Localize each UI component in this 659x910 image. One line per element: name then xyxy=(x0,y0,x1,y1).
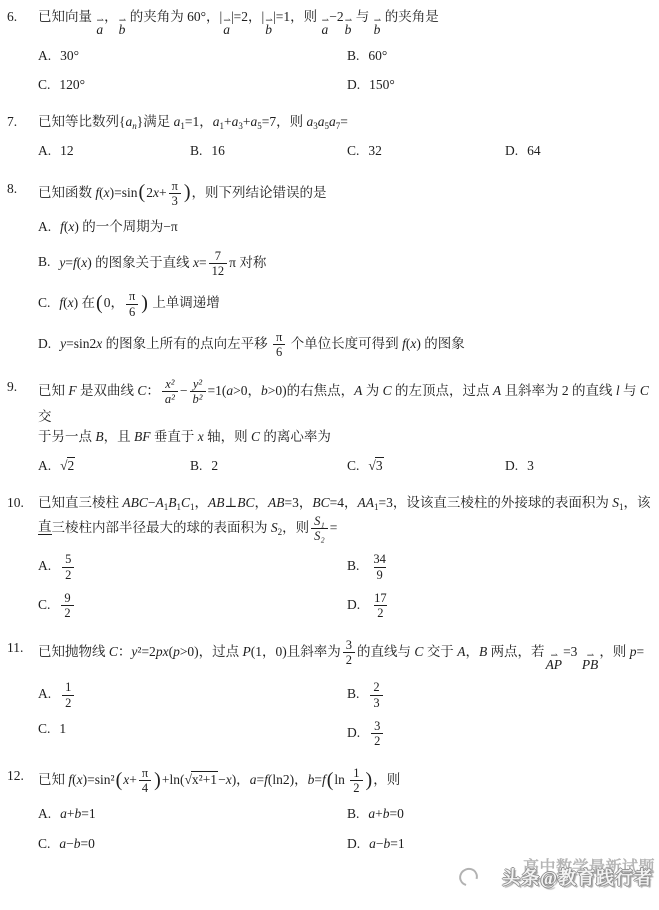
question-stem: 12.已知 f(x)=sin²(x+π4)+ln(√x²+1−x)，a=f(ln… xyxy=(0,766,659,796)
option-c: C.f(x) 在(0，π6) 上单调递增 xyxy=(38,289,659,319)
text-run: )=sin xyxy=(110,184,138,199)
text-run: = xyxy=(330,519,338,534)
option-b: B.y=f(x) 的图象关于直线 x=712π 对称 xyxy=(38,249,659,279)
math-var: B xyxy=(168,495,176,510)
text-run: 的左顶点，过点 xyxy=(392,383,493,398)
math-var: BF xyxy=(134,429,151,444)
text-run: =3，设该直三棱柱的外接球的表面积为 xyxy=(379,495,613,510)
question-stem: 11.已知抛物线 C：y²=2px(p>0)，过点 P(1，0)且斜率为32的直… xyxy=(0,638,659,671)
fraction: y²b² xyxy=(190,377,206,407)
text-run: 64 xyxy=(527,143,541,158)
question-stem: 6.已知向量 ⇀a，⇀b 的夹角为 60°，|⇀a|=2，|⇀b|=1，则 ⇀a… xyxy=(0,7,659,37)
math-var: B xyxy=(95,429,103,444)
vector-arrow: ⇀b xyxy=(265,17,272,37)
text-run: − xyxy=(180,383,188,398)
option-c: C.a−b=0 xyxy=(38,834,347,854)
text-run: π 对称 xyxy=(229,254,266,269)
text-run: = xyxy=(65,254,73,269)
text-run: + xyxy=(67,806,75,821)
text-run: }满足 xyxy=(137,114,174,129)
fraction: π6 xyxy=(126,289,138,319)
text-run: 与 xyxy=(620,383,640,398)
option-label: D. xyxy=(347,836,360,851)
option-b: B.23 xyxy=(347,680,659,710)
numerator: S₁ xyxy=(311,514,328,528)
text-run: >0)，过点 xyxy=(180,644,243,659)
option-label: A. xyxy=(38,219,51,234)
math-var: C xyxy=(251,429,260,444)
text-run: 垂直于 xyxy=(151,429,198,444)
text-run: 60° xyxy=(368,48,387,63)
question-number: 11. xyxy=(7,638,23,658)
vector-letter: PB xyxy=(582,658,599,672)
text-run: ²=2 xyxy=(137,644,155,659)
fraction: 12 xyxy=(350,766,362,796)
text-run: =1， xyxy=(185,114,213,129)
watermark-swirl-icon xyxy=(456,864,481,889)
numerator: y² xyxy=(190,377,205,391)
question-7: 7.已知等比数列{an}满足 a1=1，a1+a3+a5=7，则 a3a5a7=… xyxy=(0,112,659,162)
option-a: A.12 xyxy=(38,141,190,161)
question-9: 9.已知 F 是双曲线 C：x²a²−y²b²=1(a>0，b>0)的右焦点，A… xyxy=(0,377,659,477)
option-label: B. xyxy=(38,254,50,269)
text-run: 的夹角是 xyxy=(381,9,438,24)
option-label: A. xyxy=(38,48,51,63)
text-run: 已知 xyxy=(38,383,68,398)
option-label: D. xyxy=(347,725,360,740)
option-b: B.16 xyxy=(190,141,347,161)
denominator: 2 xyxy=(343,652,355,667)
question-10: 10.已知直三棱柱 ABC−A1B1C1，AB⊥BC，AB=3，BC=4，AA1… xyxy=(0,493,659,621)
math-var: b xyxy=(74,836,81,851)
option-label: B. xyxy=(347,806,359,821)
text-run: 3 xyxy=(527,458,534,473)
fraction: 712 xyxy=(209,249,228,279)
text-run: + xyxy=(375,806,383,821)
big-paren: ) xyxy=(154,769,161,791)
numerator: 2 xyxy=(370,680,382,694)
denominator: 2 xyxy=(62,567,74,582)
text-run: ，则 xyxy=(282,519,309,534)
option-a: A.52 xyxy=(38,552,347,582)
text-run: >0， xyxy=(233,383,261,398)
sqrt-radical: √3 xyxy=(368,457,383,473)
vector-letter: b xyxy=(374,23,381,37)
numerator: 9 xyxy=(61,591,73,605)
vector-letter: b xyxy=(345,23,352,37)
math-var: A xyxy=(156,495,164,510)
vector-letter: AP xyxy=(546,658,563,672)
radicand: 3 xyxy=(375,457,384,473)
text-run: ) 的一个周期为−π xyxy=(74,219,177,234)
question-12: 12.已知 f(x)=sin²(x+π4)+ln(√x²+1−x)，a=f(ln… xyxy=(0,766,659,854)
option-label: A. xyxy=(38,143,51,158)
radical-sign: √ xyxy=(368,458,374,473)
question-number: 9. xyxy=(7,377,17,397)
text-run: ，则下列结论错误的是 xyxy=(192,184,327,199)
text-run: = xyxy=(340,114,348,129)
fraction: 92 xyxy=(61,591,73,621)
denominator: 4 xyxy=(139,780,151,795)
option-d: D.150° xyxy=(347,75,659,95)
text-run: 已知等比数列{ xyxy=(38,114,125,129)
math-var: px xyxy=(156,644,169,659)
numerator: π xyxy=(139,766,151,780)
text-run: ： xyxy=(118,644,132,659)
text-run: 120° xyxy=(59,77,85,92)
vector-letter: b xyxy=(119,23,126,37)
text-run: ，则 xyxy=(599,644,629,659)
question-stem: 7.已知等比数列{an}满足 a1=1，a1+a3+a5=7，则 a3a5a7= xyxy=(0,112,659,132)
math-var: S xyxy=(612,495,619,510)
text-run: 已知 xyxy=(38,772,68,787)
text-run: 2 xyxy=(146,184,153,199)
fraction: 172 xyxy=(371,591,390,621)
text-run: =1 xyxy=(390,836,404,851)
option-c: C.√3 xyxy=(347,456,505,476)
denominator: 6 xyxy=(273,344,285,359)
text-run: 的直线与 xyxy=(357,644,414,659)
math-var: S xyxy=(271,519,278,534)
vector-arrow: ⇀b xyxy=(119,17,126,37)
text-run: 0， xyxy=(104,295,124,310)
text-run: +ln( xyxy=(162,772,185,787)
underlined-text: 直 xyxy=(38,519,52,535)
text-run: 32 xyxy=(368,143,382,158)
numerator: π xyxy=(169,179,181,193)
sqrt-radical: √x²+1 xyxy=(184,771,218,787)
text-run: =4， xyxy=(330,495,358,510)
question-8: 8.已知函数 f(x)=sin(2x+π3)，则下列结论错误的是A.f(x) 的… xyxy=(0,179,659,360)
question-number: 10. xyxy=(7,493,24,513)
text-run: ， xyxy=(465,644,479,659)
text-run: − xyxy=(218,772,226,787)
text-run: =3， xyxy=(284,495,312,510)
radical-sign: √ xyxy=(60,458,66,473)
option-label: B. xyxy=(347,558,359,573)
text-run: ： xyxy=(146,383,160,398)
option-label: D. xyxy=(347,77,360,92)
option-b: B.a+b=0 xyxy=(347,804,659,824)
math-var: b xyxy=(261,383,268,398)
option-label: D. xyxy=(505,143,518,158)
denominator: 9 xyxy=(374,567,386,582)
option-a: A.a+b=1 xyxy=(38,804,347,824)
denominator: 3 xyxy=(169,193,181,208)
math-var: P xyxy=(243,644,251,659)
numerator: 7 xyxy=(212,249,224,263)
options: A.a+b=1B.a+b=0C.a−b=0D.a−b=1 xyxy=(0,804,659,854)
denominator: b² xyxy=(190,391,206,406)
math-var: C xyxy=(109,644,118,659)
numerator: 5 xyxy=(62,552,74,566)
text-run: 且斜率为 2 的直线 xyxy=(501,383,616,398)
text-run: −2 xyxy=(329,9,343,24)
numerator: π xyxy=(126,289,138,303)
text-run: |=2，| xyxy=(231,9,264,24)
big-paren: ( xyxy=(96,292,103,314)
text-run: 已知向量 xyxy=(38,9,95,24)
radical-sign: √ xyxy=(184,772,190,787)
denominator: 6 xyxy=(126,304,138,319)
option-label: C. xyxy=(347,458,359,473)
text-run: 是双曲线 xyxy=(77,383,138,398)
text-run: 轴，则 xyxy=(204,429,251,444)
option-label: B. xyxy=(190,143,202,158)
option-b: B.349 xyxy=(347,552,659,582)
math-var: C xyxy=(640,383,649,398)
fraction: 12 xyxy=(62,680,74,710)
denominator: 2 xyxy=(61,605,73,620)
vector-arrow: ⇀b xyxy=(374,17,381,37)
vector-arrow: ⇀a xyxy=(96,17,103,37)
options: A.30°B.60°C.120°D.150° xyxy=(0,46,659,96)
sqrt-radical: √2 xyxy=(60,457,75,473)
vector-arrow: ⇀AP xyxy=(546,652,563,672)
text-run: ， xyxy=(254,495,268,510)
text-run: + xyxy=(224,114,232,129)
text-run: ，该 xyxy=(624,495,651,510)
math-var: p xyxy=(173,644,180,659)
text-run: 30° xyxy=(60,48,79,63)
math-var: B xyxy=(479,644,487,659)
text-run: + xyxy=(129,772,137,787)
option-label: C. xyxy=(38,597,50,612)
math-var: BC xyxy=(237,495,254,510)
option-c: C.1 xyxy=(38,719,347,749)
vector-arrow: ⇀a xyxy=(223,17,230,37)
text-run: 交 xyxy=(38,409,52,424)
fraction: 23 xyxy=(370,680,382,710)
option-b: B.60° xyxy=(347,46,659,66)
numerator: π xyxy=(273,330,285,344)
option-d: D.y=sin2x 的图象上所有的点向左平移 π6 个单位长度可得到 f(x) … xyxy=(38,330,659,360)
exam-page: 6.已知向量 ⇀a，⇀b 的夹角为 60°，|⇀a|=2，|⇀b|=1，则 ⇀a… xyxy=(0,0,659,910)
watermark: 高中数学最新试题 头条@教育践行者 xyxy=(463,856,655,904)
option-b: B.2 xyxy=(190,456,347,476)
text-run: =1( xyxy=(208,383,227,398)
numerator: 1 xyxy=(62,680,74,694)
text-run: ， xyxy=(104,9,118,24)
denominator: 2 xyxy=(350,780,362,795)
options: A.52B.349C.92D.172 xyxy=(0,552,659,621)
text-run: >0)的右焦点， xyxy=(268,383,354,398)
question-number: 7. xyxy=(7,112,17,132)
text-run: ， xyxy=(195,495,209,510)
radicand: 2 xyxy=(67,457,76,473)
option-label: A. xyxy=(38,458,51,473)
text-run: 已知函数 xyxy=(38,184,95,199)
option-d: D.64 xyxy=(505,141,659,161)
text-run: (1，0)且斜率为 xyxy=(251,644,341,659)
options: A.√2B.2C.√3D.3 xyxy=(0,456,659,476)
text-run: ，且 xyxy=(104,429,134,444)
text-run: =1 xyxy=(81,806,95,821)
fraction: π3 xyxy=(169,179,181,209)
option-d: D.172 xyxy=(347,591,659,621)
math-var: F xyxy=(68,383,76,398)
numerator: 3 xyxy=(343,638,355,652)
question-6: 6.已知向量 ⇀a，⇀b 的夹角为 60°，|⇀a|=2，|⇀b|=1，则 ⇀a… xyxy=(0,7,659,95)
denominator: 2 xyxy=(371,733,383,748)
text-run: 12 xyxy=(60,143,74,158)
math-var: a xyxy=(369,836,376,851)
option-c: C.32 xyxy=(347,141,505,161)
math-var: C xyxy=(383,383,392,398)
vector-letter: a xyxy=(96,23,103,37)
text-run: 16 xyxy=(211,143,225,158)
numerator: 34 xyxy=(370,552,389,566)
option-d: D.3 xyxy=(505,456,659,476)
text-run: 2 xyxy=(211,458,218,473)
option-label: A. xyxy=(38,558,51,573)
text-run: 150° xyxy=(369,77,395,92)
options: A.12B.23C.1D.32 xyxy=(0,680,659,749)
vector-letter: a xyxy=(321,23,328,37)
text-run: ) 的图象 xyxy=(416,336,464,351)
big-paren: ) xyxy=(184,181,191,203)
vector-arrow: ⇀a xyxy=(321,17,328,37)
text-run: =7，则 xyxy=(262,114,307,129)
fraction: 349 xyxy=(370,552,389,582)
text-run: 于另一点 xyxy=(38,429,95,444)
question-list: 6.已知向量 ⇀a，⇀b 的夹角为 60°，|⇀a|=2，|⇀b|=1，则 ⇀a… xyxy=(0,7,659,854)
text-run: =0 xyxy=(390,806,404,821)
denominator: a² xyxy=(162,391,178,406)
option-a: A.30° xyxy=(38,46,347,66)
option-label: D. xyxy=(38,336,51,351)
vector-arrow: ⇀b xyxy=(345,17,352,37)
text-run: = xyxy=(256,772,264,787)
text-run: = xyxy=(314,772,322,787)
denominator: S₂ xyxy=(311,528,328,543)
text-run: 1 xyxy=(59,721,66,736)
text-run: )， xyxy=(232,772,250,787)
option-d: D.32 xyxy=(347,719,659,749)
big-paren: ( xyxy=(327,769,334,791)
math-var: A xyxy=(493,383,501,398)
option-a: A.√2 xyxy=(38,456,190,476)
text-run: 已知抛物线 xyxy=(38,644,109,659)
option-c: C.92 xyxy=(38,591,347,621)
big-paren: ( xyxy=(116,769,123,791)
option-c: C.120° xyxy=(38,75,347,95)
numerator: 17 xyxy=(371,591,390,605)
text-run: ) 在 xyxy=(74,295,95,310)
text-run: 的离心率为 xyxy=(260,429,331,444)
fraction: 32 xyxy=(371,719,383,749)
option-label: C. xyxy=(38,721,50,736)
option-label: D. xyxy=(505,458,518,473)
fraction: x²a² xyxy=(162,377,178,407)
option-label: A. xyxy=(38,686,51,701)
vector-letter: a xyxy=(223,23,230,37)
numerator: 1 xyxy=(350,766,362,780)
question-11: 11.已知抛物线 C：y²=2px(p>0)，过点 P(1，0)且斜率为32的直… xyxy=(0,638,659,749)
math-var: C xyxy=(181,495,190,510)
numerator: 3 xyxy=(371,719,383,733)
text-run: |=1，则 xyxy=(273,9,320,24)
question-stem: 9.已知 F 是双曲线 C：x²a²−y²b²=1(a>0，b>0)的右焦点，A… xyxy=(0,377,659,427)
text-run: 的夹角为 60°，| xyxy=(126,9,222,24)
question-stem: 10.已知直三棱柱 ABC−A1B1C1，AB⊥BC，AB=3，BC=4，AA1… xyxy=(0,493,659,513)
option-label: C. xyxy=(38,77,50,92)
big-paren: ) xyxy=(366,769,373,791)
option-label: C. xyxy=(38,836,50,851)
text-run: 与 xyxy=(352,9,372,24)
text-run: − xyxy=(66,836,74,851)
question-number: 6. xyxy=(7,7,17,27)
option-label: B. xyxy=(347,48,359,63)
fraction: S₁S₂ xyxy=(311,514,328,544)
math-var: a xyxy=(60,806,67,821)
question-stem-continued: 直三棱柱内部半径最大的球的表面积为 S2，则S₁S₂= xyxy=(0,514,659,544)
math-var: AA xyxy=(358,495,375,510)
question-stem: 8.已知函数 f(x)=sin(2x+π3)，则下列结论错误的是 xyxy=(0,179,659,209)
question-stem-continued: 于另一点 B，且 BF 垂直于 x 轴，则 C 的离心率为 xyxy=(0,427,659,447)
fraction: π6 xyxy=(273,330,285,360)
option-label: C. xyxy=(347,143,359,158)
text-run: = xyxy=(636,644,644,659)
text-run: =0 xyxy=(81,836,95,851)
text-run: 两点，若 xyxy=(487,644,544,659)
math-var: AB xyxy=(268,495,285,510)
math-var: f xyxy=(322,772,326,787)
denominator: 12 xyxy=(209,263,228,278)
option-label: B. xyxy=(190,458,202,473)
option-label: D. xyxy=(347,597,360,612)
option-label: B. xyxy=(347,686,359,701)
fraction: 32 xyxy=(343,638,355,668)
big-paren: ) xyxy=(141,292,148,314)
numerator: x² xyxy=(162,377,177,391)
math-var: BC xyxy=(312,495,329,510)
option-a: A.f(x) 的一个周期为−π xyxy=(38,217,659,237)
math-var: AB xyxy=(208,495,225,510)
text-run: − xyxy=(376,836,384,851)
text-run: 上单调递增 xyxy=(149,295,220,310)
text-run: 已知直三棱柱 xyxy=(38,495,122,510)
text-run: ln xyxy=(334,772,348,787)
math-var: a xyxy=(329,114,336,129)
text-run: ) 的图象关于直线 xyxy=(87,254,193,269)
vector-letter: b xyxy=(265,23,272,37)
text-run: )=sin² xyxy=(83,772,115,787)
vector-arrow: ⇀PB xyxy=(582,652,599,672)
denominator: 3 xyxy=(370,695,382,710)
radicand: x²+1 xyxy=(191,771,218,787)
question-number: 8. xyxy=(7,179,17,199)
text-run: =sin2 xyxy=(66,336,96,351)
text-run: ⊥ xyxy=(225,495,238,510)
text-run: + xyxy=(159,184,167,199)
text-run: 三棱柱内部半径最大的球的表面积为 xyxy=(52,519,271,534)
text-run: = xyxy=(199,254,207,269)
text-run: 的图象上所有的点向左平移 xyxy=(102,336,271,351)
text-run: 交于 xyxy=(423,644,457,659)
option-label: A. xyxy=(38,806,51,821)
fraction: 52 xyxy=(62,552,74,582)
math-var: b xyxy=(383,806,390,821)
option-d: D.a−b=1 xyxy=(347,834,659,854)
math-var: ABC xyxy=(122,495,148,510)
option-label: C. xyxy=(38,295,50,310)
options: A.12B.16C.32D.64 xyxy=(0,141,659,161)
text-run: ，则 xyxy=(373,772,400,787)
option-a: A.12 xyxy=(38,680,347,710)
fraction: π4 xyxy=(139,766,151,796)
question-number: 12. xyxy=(7,766,24,786)
